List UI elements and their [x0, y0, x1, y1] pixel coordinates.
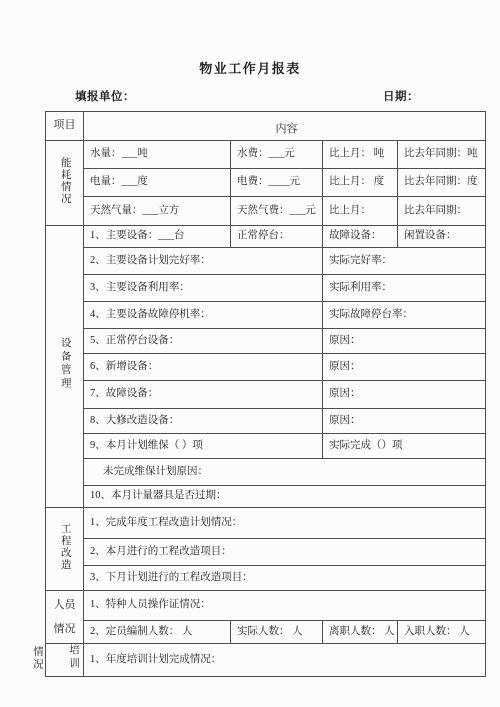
table-row: 9、本月计划维保（ ）项 实际完成（）项: [46, 434, 486, 459]
water-vs-last-month-cell: 比上月： 吨: [323, 141, 398, 169]
planned-maintenance-cell: 9、本月计划维保（ ）项: [84, 434, 323, 459]
section-label-energy: 能耗情况: [46, 141, 84, 226]
section-label-training: 情况 培训: [46, 644, 84, 677]
table-row: 设备管理 1、主要设备：___台 正常停台： 故障设备： 闲置设备：: [46, 226, 486, 248]
table-row: 5、正常停台设备： 原因：: [46, 329, 486, 354]
fault-equipment-cell: 故障设备：: [323, 226, 398, 248]
section-label-equipment: 设备管理: [46, 226, 84, 508]
normal-stop-cell: 正常停台：: [231, 226, 323, 248]
table-row: 2、定员编制人数： 人 实际人数： 人 离职人数： 人 入职人数： 人: [46, 621, 486, 644]
training-label-overflow: 情况: [32, 646, 43, 672]
planned-intact-rate-cell: 2、主要设备计划完好率：: [84, 248, 323, 275]
electricity-fee-cell: 电费：____元: [231, 169, 323, 197]
main-equipment-cell: 1、主要设备：___台: [84, 226, 231, 248]
table-row: 3、主要设备利用率： 实际利用率：: [46, 275, 486, 302]
gauge-expiry-cell: 10、本月计量器具是否过期：: [84, 486, 486, 508]
actual-headcount-cell: 实际人数： 人: [231, 621, 323, 644]
table-row: 4、主要设备故障停机率： 实际故障停台率：: [46, 302, 486, 329]
table-row: 项目 内容: [46, 112, 486, 141]
section-label-equipment-text: 设备管理: [58, 337, 71, 391]
gas-vs-last-year-cell: 比去年同期：: [398, 197, 486, 226]
table-row: 能耗情况 水量：___吨 水费：___元 比上月： 吨 比去年同期：吨: [46, 141, 486, 169]
idle-equipment-cell: 闲置设备：: [398, 226, 486, 248]
special-operator-cert-cell: 1、特种人员操作证情况：: [84, 591, 486, 621]
table-row: 人员 情况 1、特种人员操作证情况：: [46, 591, 486, 621]
utilization-rate-cell: 3、主要设备利用率：: [84, 275, 323, 302]
table-row: 天然气量：___立方 天然气费：___元 比上月： 比去年同期：: [46, 197, 486, 226]
table-row: 7、故障设备： 原因：: [46, 381, 486, 409]
actual-fault-downtime-rate-cell: 实际故障停台率：: [323, 302, 486, 329]
overhaul-reason-cell: 原因：: [323, 409, 486, 434]
table-row: 2、本月进行的工程改造项目：: [46, 539, 486, 566]
section-label-engineering: 工程改造: [46, 508, 84, 591]
unfinished-maintenance-reason-cell: 未完成维保计划原因：: [84, 459, 486, 486]
section-label-engineering-text: 工程改造: [58, 523, 71, 571]
section-label-training-text: 培训: [66, 644, 79, 671]
actual-completed-cell: 实际完成（）项: [323, 434, 486, 459]
actual-utilization-rate-cell: 实际利用率：: [323, 275, 486, 302]
water-vs-last-year-cell: 比去年同期：吨: [398, 141, 486, 169]
annual-training-plan-cell: 1、年度培训计划完成情况：: [84, 644, 486, 677]
header-item-cell: 项目: [46, 112, 84, 141]
fault-equipment-reason-cell: 原因：: [323, 381, 486, 409]
departures-cell: 离职人数： 人: [323, 621, 398, 644]
reporting-unit-label: 填报单位：: [75, 88, 135, 104]
water-amount-cell: 水量：___吨: [84, 141, 231, 169]
normal-stop-equipment-cell: 5、正常停台设备：: [84, 329, 323, 354]
table-row: 10、本月计量器具是否过期：: [46, 486, 486, 508]
table-row: 未完成维保计划原因：: [46, 459, 486, 486]
normal-stop-reason-cell: 原因：: [323, 329, 486, 354]
gas-fee-cell: 天然气费：___元: [231, 197, 323, 226]
gas-amount-cell: 天然气量：___立方: [84, 197, 231, 226]
actual-intact-rate-cell: 实际完好率：: [323, 248, 486, 275]
next-month-renovation-cell: 3、下月计划进行的工程改造项目：: [84, 566, 486, 591]
electricity-vs-last-year-cell: 比去年同期：度: [398, 169, 486, 197]
section-label-personnel: 人员 情况: [46, 591, 84, 644]
water-fee-cell: 水费：___元: [231, 141, 323, 169]
new-equipment-reason-cell: 原因：: [323, 354, 486, 381]
section-label-energy-text: 能耗情况: [58, 157, 71, 205]
electricity-amount-cell: 电量：___度: [84, 169, 231, 197]
fault-equipment-row-cell: 7、故障设备：: [84, 381, 323, 409]
table-row: 工程改造 1、完成年度工程改造计划情况：: [46, 508, 486, 539]
table-row: 8、大修改造设备： 原因：: [46, 409, 486, 434]
training-label-overflow-text: 情况: [32, 646, 43, 671]
table-row: 2、主要设备计划完好率： 实际完好率：: [46, 248, 486, 275]
table-row: 6、新增设备： 原因：: [46, 354, 486, 381]
new-equipment-cell: 6、新增设备：: [84, 354, 323, 381]
annual-renovation-plan-cell: 1、完成年度工程改造计划情况：: [84, 508, 486, 539]
electricity-vs-last-month-cell: 比上月： 度: [323, 169, 398, 197]
page-title: 物业工作月报表: [0, 58, 500, 77]
date-label: 日期：: [383, 88, 419, 104]
table-row: 情况 培训 1、年度培训计划完成情况：: [46, 644, 486, 677]
gas-vs-last-month-cell: 比上月：: [323, 197, 398, 226]
monthly-report-table: 项目 内容 能耗情况 水量：___吨 水费：___元 比上月： 吨 比去年同期：…: [45, 111, 486, 677]
table-row: 电量：___度 电费：____元 比上月： 度 比去年同期：度: [46, 169, 486, 197]
overhaul-equipment-cell: 8、大修改造设备：: [84, 409, 323, 434]
fault-downtime-rate-cell: 4、主要设备故障停机率：: [84, 302, 323, 329]
new-hires-cell: 入职人数： 人: [398, 621, 486, 644]
staffing-quota-cell: 2、定员编制人数： 人: [84, 621, 231, 644]
table-row: 3、下月计划进行的工程改造项目：: [46, 566, 486, 591]
header-content-cell: 内容: [84, 112, 486, 141]
current-month-renovation-cell: 2、本月进行的工程改造项目：: [84, 539, 486, 566]
